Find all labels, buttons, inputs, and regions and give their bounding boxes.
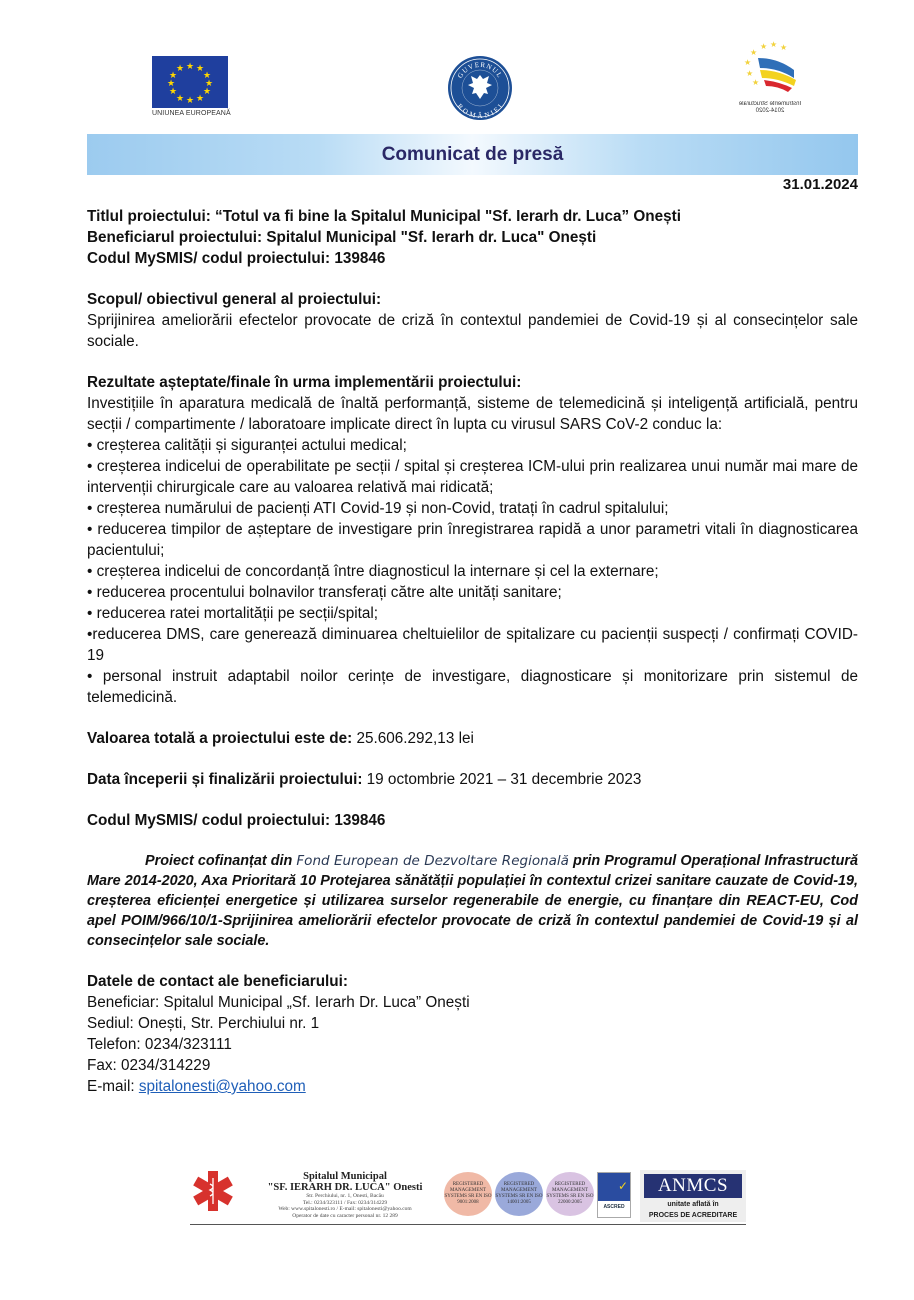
contact-email-line: E-mail: spitalonesti@yahoo.com [87, 1076, 858, 1097]
ascred-flag-icon: ✓ [598, 1173, 630, 1201]
iso-14001-certification-badge: REGISTERED MANAGEMENT SYSTEMS SR EN ISO … [495, 1172, 543, 1216]
ascred-badge: ✓ ASCRED [597, 1172, 631, 1218]
iso-22000-certification-badge: REGISTERED MANAGEMENT SYSTEMS SR EN ISO … [546, 1172, 594, 1216]
release-date: 31.01.2024 [783, 176, 858, 193]
list-item: • reducerea procentului bolnavilor trans… [87, 582, 858, 603]
svg-text:★: ★ [770, 40, 777, 49]
svg-text:★: ★ [750, 48, 757, 57]
document-body: Titlul proiectului: “Totul va fi bine la… [87, 206, 858, 1097]
project-dates-line: Data începerii și finalizării proiectulu… [87, 769, 858, 790]
project-code-line: Codul MySMIS/ codul proiectului: 139846 [87, 248, 858, 269]
project-code-repeat-line: Codul MySMIS/ codul proiectului: 139846 [87, 810, 858, 831]
list-item: • creșterea calității și siguranței actu… [87, 435, 858, 456]
results-list: • creșterea calității și siguranței actu… [87, 435, 858, 708]
svg-text:★: ★ [746, 69, 753, 78]
fund-name: Fond European de Dezvoltare Regională [296, 853, 569, 869]
svg-text:★: ★ [760, 42, 767, 51]
results-heading: Rezultate așteptate/finale în urma imple… [87, 372, 858, 393]
svg-text:★: ★ [752, 78, 759, 87]
project-title-line: Titlul proiectului: “Totul va fi bine la… [87, 206, 858, 227]
email-link[interactable]: spitalonesti@yahoo.com [139, 1078, 306, 1095]
eu-flag-icon: ★ ★ ★ ★ ★ ★ ★ ★ ★ ★ ★ ★ [152, 56, 228, 108]
contact-heading: Datele de contact ale beneficiarului: [87, 971, 858, 992]
footer-divider [190, 1224, 746, 1225]
contact-address: Sediul: Onești, Str. Perchiului nr. 1 [87, 1013, 858, 1034]
results-intro: Investițiile în aparatura medicală de în… [87, 393, 858, 435]
svg-text:★: ★ [744, 58, 751, 67]
iso-9001-certification-badge: REGISTERED MANAGEMENT SYSTEMS SR EN ISO … [444, 1172, 492, 1216]
list-item: • reducerea timpilor de așteptare de inv… [87, 519, 858, 561]
objective-heading: Scopul/ obiectivul general al proiectulu… [87, 289, 858, 310]
contact-fax: Fax: 0234/314229 [87, 1055, 858, 1076]
press-release-banner: Comunicat de presă [87, 134, 858, 175]
page-title: Comunicat de presă [382, 144, 564, 166]
list-item: •reducerea DMS, care generează diminuare… [87, 624, 858, 666]
eu-logo: ★ ★ ★ ★ ★ ★ ★ ★ ★ ★ ★ ★ UNIUNEA EUROPEAN… [152, 56, 230, 118]
romanian-government-emblem-icon: GUVERNUL ROMÂNIEI [447, 55, 513, 121]
eu-logo-label: UNIUNEA EUROPEANĂ [152, 110, 230, 117]
government-logo: GUVERNUL ROMÂNIEI [447, 55, 513, 121]
structural-instruments-emblem-icon: ★ ★ ★ ★ ★ ★ ★ [738, 40, 802, 96]
svg-text:★: ★ [780, 43, 787, 52]
objective-text: Sprijinirea ameliorării efectelor provoc… [87, 310, 858, 352]
list-item: • creșterea numărului de pacienți ATI Co… [87, 498, 858, 519]
structural-instruments-logo: ★ ★ ★ ★ ★ ★ ★ Instrumente Structurale 20… [738, 40, 802, 120]
project-beneficiary-line: Beneficiarul proiectului: Spitalul Munic… [87, 227, 858, 248]
contact-section: Datele de contact ale beneficiarului: Be… [87, 971, 858, 1097]
project-value-line: Valoarea totală a proiectului este de: 2… [87, 728, 858, 749]
hospital-letterhead: Spitalul Municipal "SF. IERARH DR. LUCA"… [240, 1171, 450, 1219]
structural-instruments-label: Instrumente Structurale 2014-2020 [738, 101, 802, 115]
list-item: • reducerea ratei mortalității pe secții… [87, 603, 858, 624]
contact-phone: Telefon: 0234/323111 [87, 1034, 858, 1055]
anmcs-accreditation-badge: ANMCS unitate aflată în PROCES DE ACREDI… [640, 1170, 746, 1222]
list-item: • creșterea indicelui de concordanță înt… [87, 561, 858, 582]
list-item: • creșterea indicelui de operabilitate p… [87, 456, 858, 498]
list-item: • personal instruit adaptabil noilor cer… [87, 666, 858, 708]
contact-beneficiary: Beneficiar: Spitalul Municipal „Sf. Iera… [87, 992, 858, 1013]
star-of-life-icon [190, 1168, 236, 1214]
funding-statement: Proiect cofinanțat din Fond European de … [87, 851, 858, 951]
